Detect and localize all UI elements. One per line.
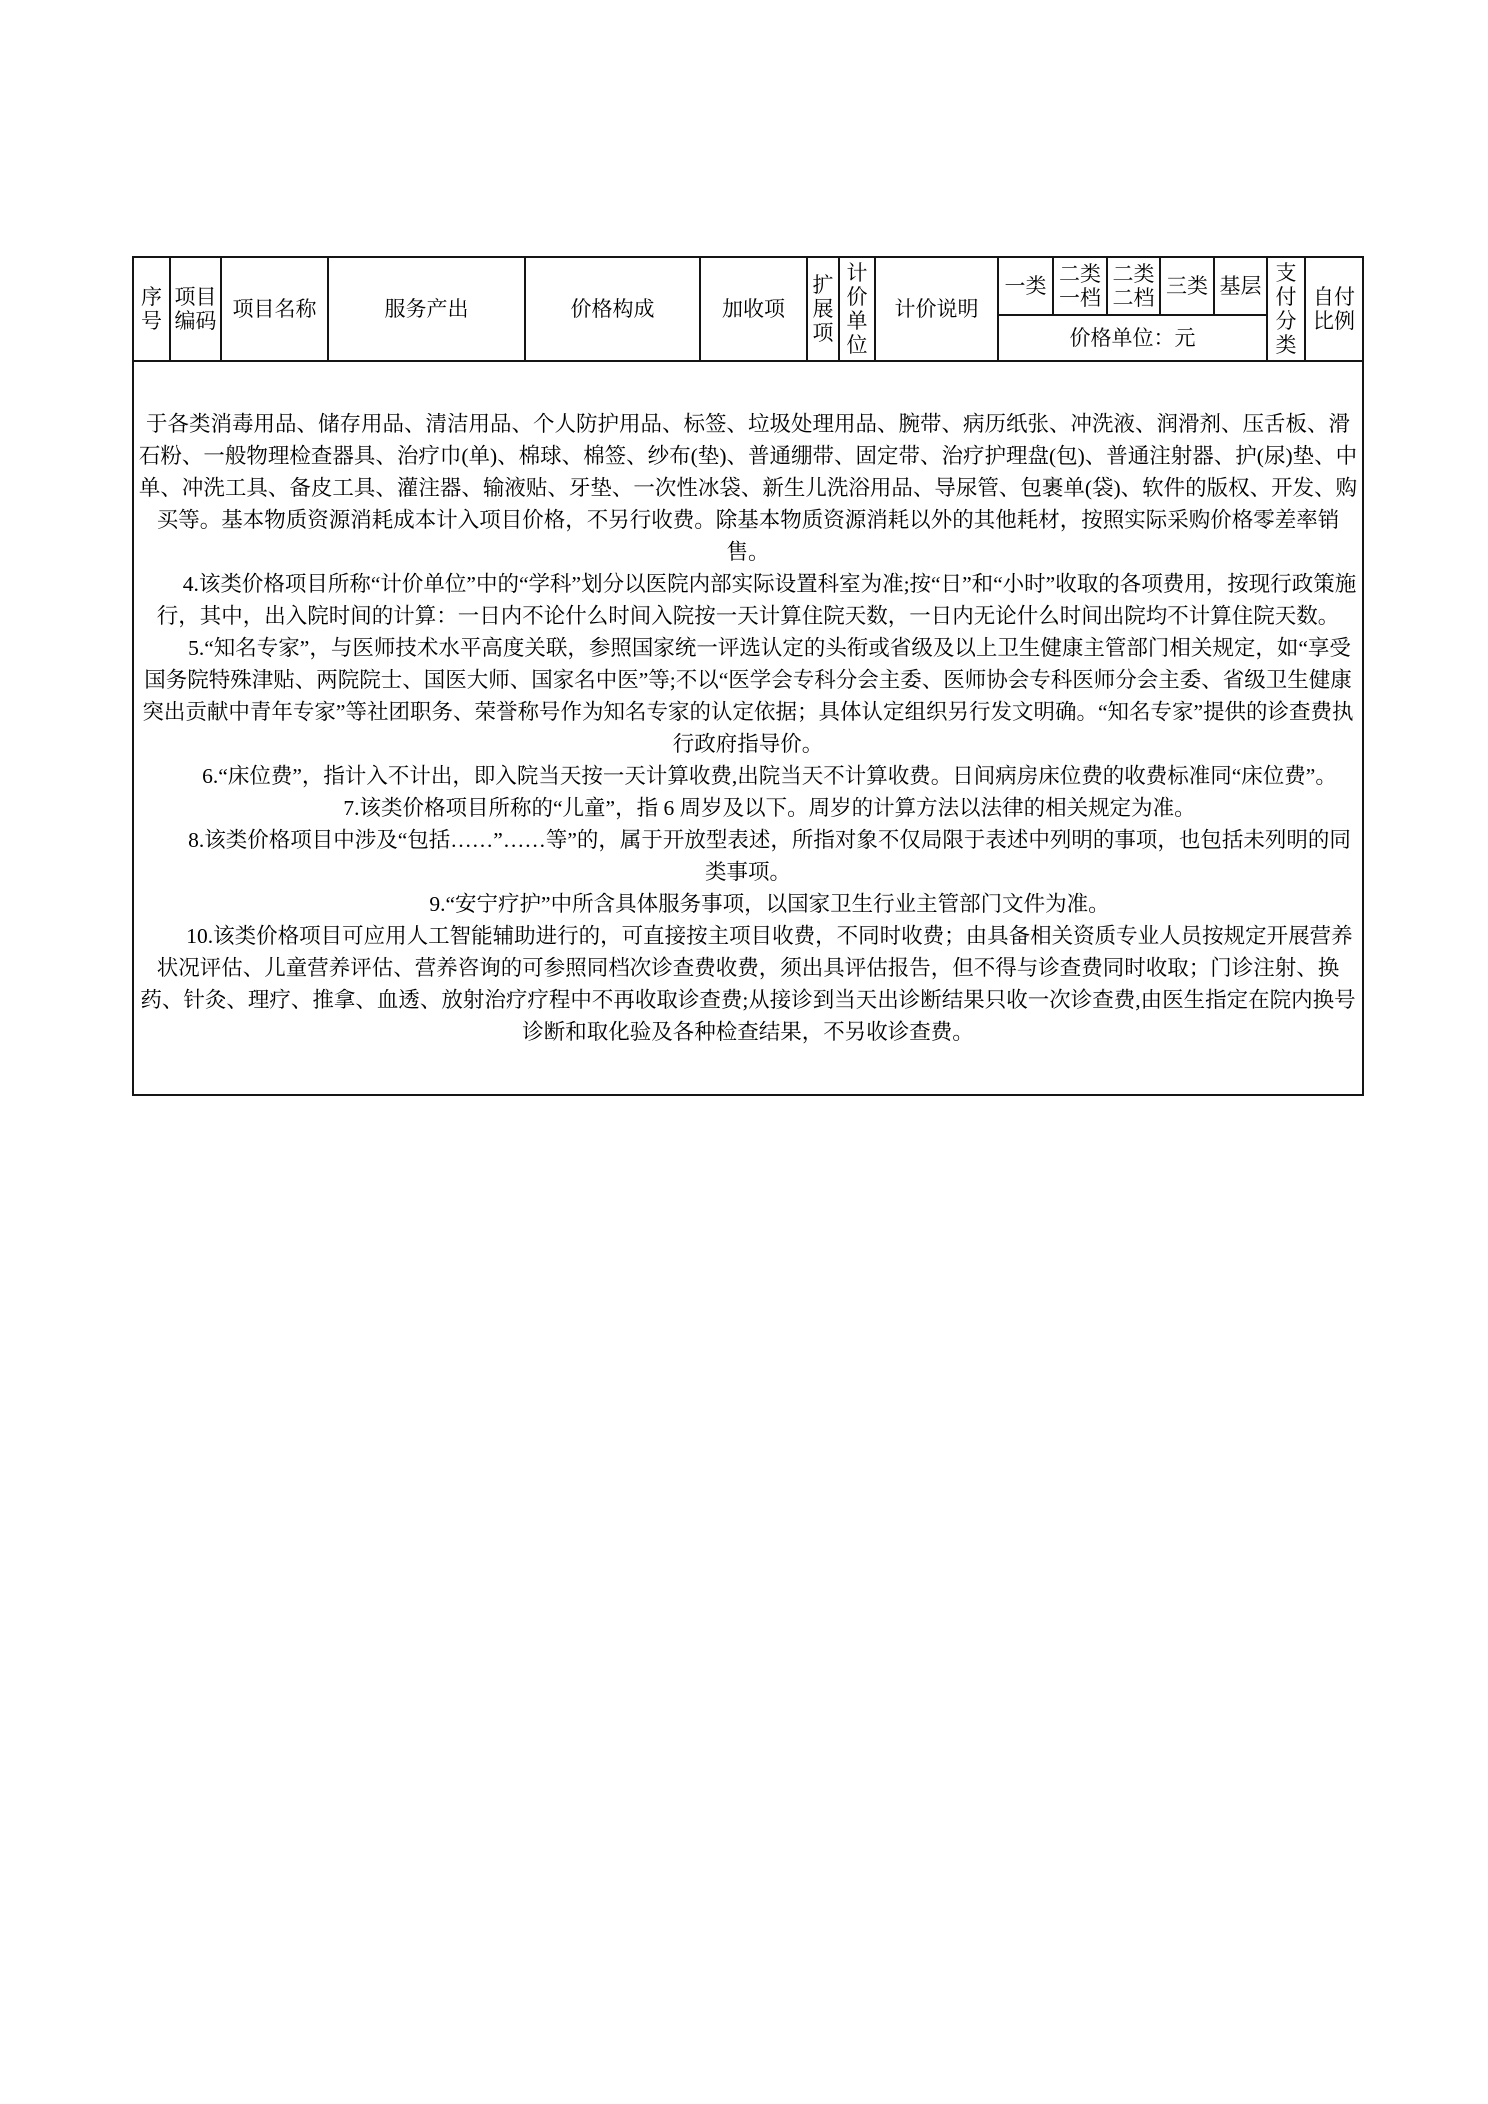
header-row-1: 序号 项目编码 项目名称 服务产出 价格构成 加收项 扩展项 计价单位 计价说明… (133, 257, 1363, 315)
col-header-price-composition: 价格构成 (525, 257, 700, 361)
note-paragraph-7: 7.该类价格项目所称的“儿童”，指 6 周岁及以下。周岁的计算方法以法律的相关规… (136, 792, 1360, 824)
col-header-class2-tier2: 二类二档 (1107, 257, 1160, 315)
note-paragraph-10: 10.该类价格项目可应用人工智能辅助进行的，可直接按主项目收费，不同时收费；由具… (136, 920, 1360, 1048)
note-paragraph-continuation: 于各类消毒用品、储存用品、清洁用品、个人防护用品、标签、垃圾处理用品、腕带、病历… (136, 408, 1360, 568)
col-header-pricing-note: 计价说明 (875, 257, 998, 361)
col-header-pricing-unit: 计价单位 (839, 257, 875, 361)
note-paragraph-9: 9.“安宁疗护”中所含具体服务事项，以国家卫生行业主管部门文件为准。 (136, 888, 1360, 920)
col-header-class3: 三类 (1160, 257, 1214, 315)
col-header-service-output: 服务产出 (328, 257, 525, 361)
col-header-item-code: 项目编码 (170, 257, 221, 361)
col-header-payment-category: 支付分类 (1267, 257, 1305, 361)
col-header-surcharge: 加收项 (700, 257, 807, 361)
col-header-seq: 序号 (133, 257, 170, 361)
note-paragraph-8: 8.该类价格项目中涉及“包括……”……等”的，属于开放型表述，所指对象不仅局限于… (136, 824, 1360, 888)
note-paragraph-6: 6.“床位费”，指计入不计出，即入院当天按一天计算收费,出院当天不计算收费。日间… (136, 760, 1360, 792)
col-header-item-name: 项目名称 (221, 257, 328, 361)
col-header-grassroots: 基层 (1214, 257, 1267, 315)
col-header-class1: 一类 (998, 257, 1053, 315)
note-paragraph-4: 4.该类价格项目所称“计价单位”中的“学科”划分以医院内部实际设置科室为准;按“… (136, 568, 1360, 632)
notes-cell: 于各类消毒用品、储存用品、清洁用品、个人防护用品、标签、垃圾处理用品、腕带、病历… (133, 361, 1363, 1095)
note-paragraph-5: 5.“知名专家”，与医师技术水平高度关联，参照国家统一评选认定的头衔或省级及以上… (136, 632, 1360, 760)
col-header-extension: 扩展项 (807, 257, 839, 361)
fee-schedule-table: 序号 项目编码 项目名称 服务产出 价格构成 加收项 扩展项 计价单位 计价说明… (132, 256, 1364, 1096)
notes-row: 于各类消毒用品、储存用品、清洁用品、个人防护用品、标签、垃圾处理用品、腕带、病历… (133, 361, 1363, 1095)
document-page: 序号 项目编码 项目名称 服务产出 价格构成 加收项 扩展项 计价单位 计价说明… (0, 0, 1488, 2104)
col-header-class2-tier1: 二类一档 (1053, 257, 1107, 315)
col-header-self-pay-ratio: 自付比例 (1305, 257, 1363, 361)
price-unit-cell: 价格单位：元 (998, 315, 1267, 361)
